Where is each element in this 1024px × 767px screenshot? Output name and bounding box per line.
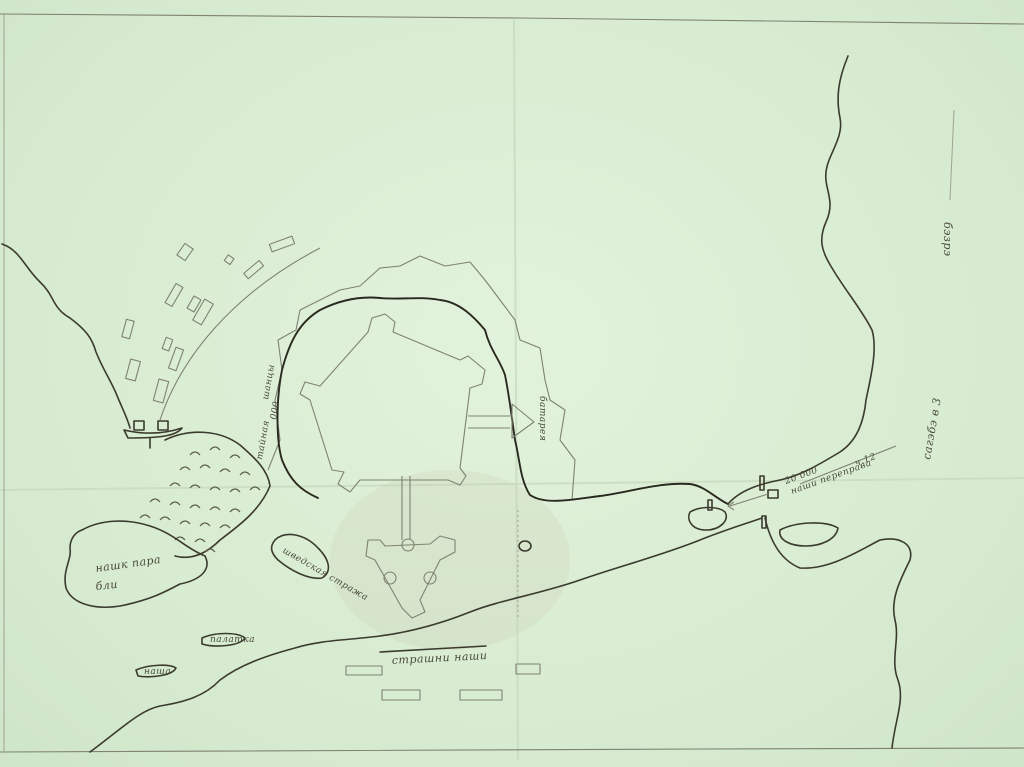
slope-label-line1: шанцы (261, 363, 277, 400)
fortress-pentagon (300, 314, 485, 492)
village-icon (124, 421, 182, 448)
slope-label-line2: тайная (255, 419, 272, 460)
left-coastline (2, 244, 130, 428)
margin-line (950, 110, 954, 200)
causeway-east (468, 416, 510, 428)
fold-line (514, 20, 518, 760)
river-bend (278, 298, 729, 505)
top-border-line (0, 14, 1024, 24)
lake-label-line2: бли (95, 578, 119, 593)
forest-hatching (140, 432, 270, 557)
right-island (780, 523, 838, 546)
zigzag-earthworks (268, 256, 575, 500)
lake-label-line1: нашк пара (95, 553, 162, 575)
bottom-border-line (0, 748, 1024, 752)
tributary-river (728, 56, 874, 504)
right-shore (765, 518, 911, 748)
trenches-label: страшни наши (391, 649, 487, 667)
map-drawing: нашк пара бли шведская стража палатка на… (0, 0, 1024, 767)
small-island-2-label: наша (144, 667, 171, 677)
trench-rectangles (346, 664, 540, 700)
slope-numbers: 000 (269, 400, 282, 420)
margin-label-2: сагэбэ в 3 (920, 396, 944, 460)
map-sheet: нашк пара бли шведская стража палатка на… (0, 0, 1024, 767)
triangle-battery-label: батарея (537, 396, 548, 441)
margin-label-1: бэзрэ (941, 222, 954, 257)
small-island-1-label: палатка (210, 635, 255, 645)
